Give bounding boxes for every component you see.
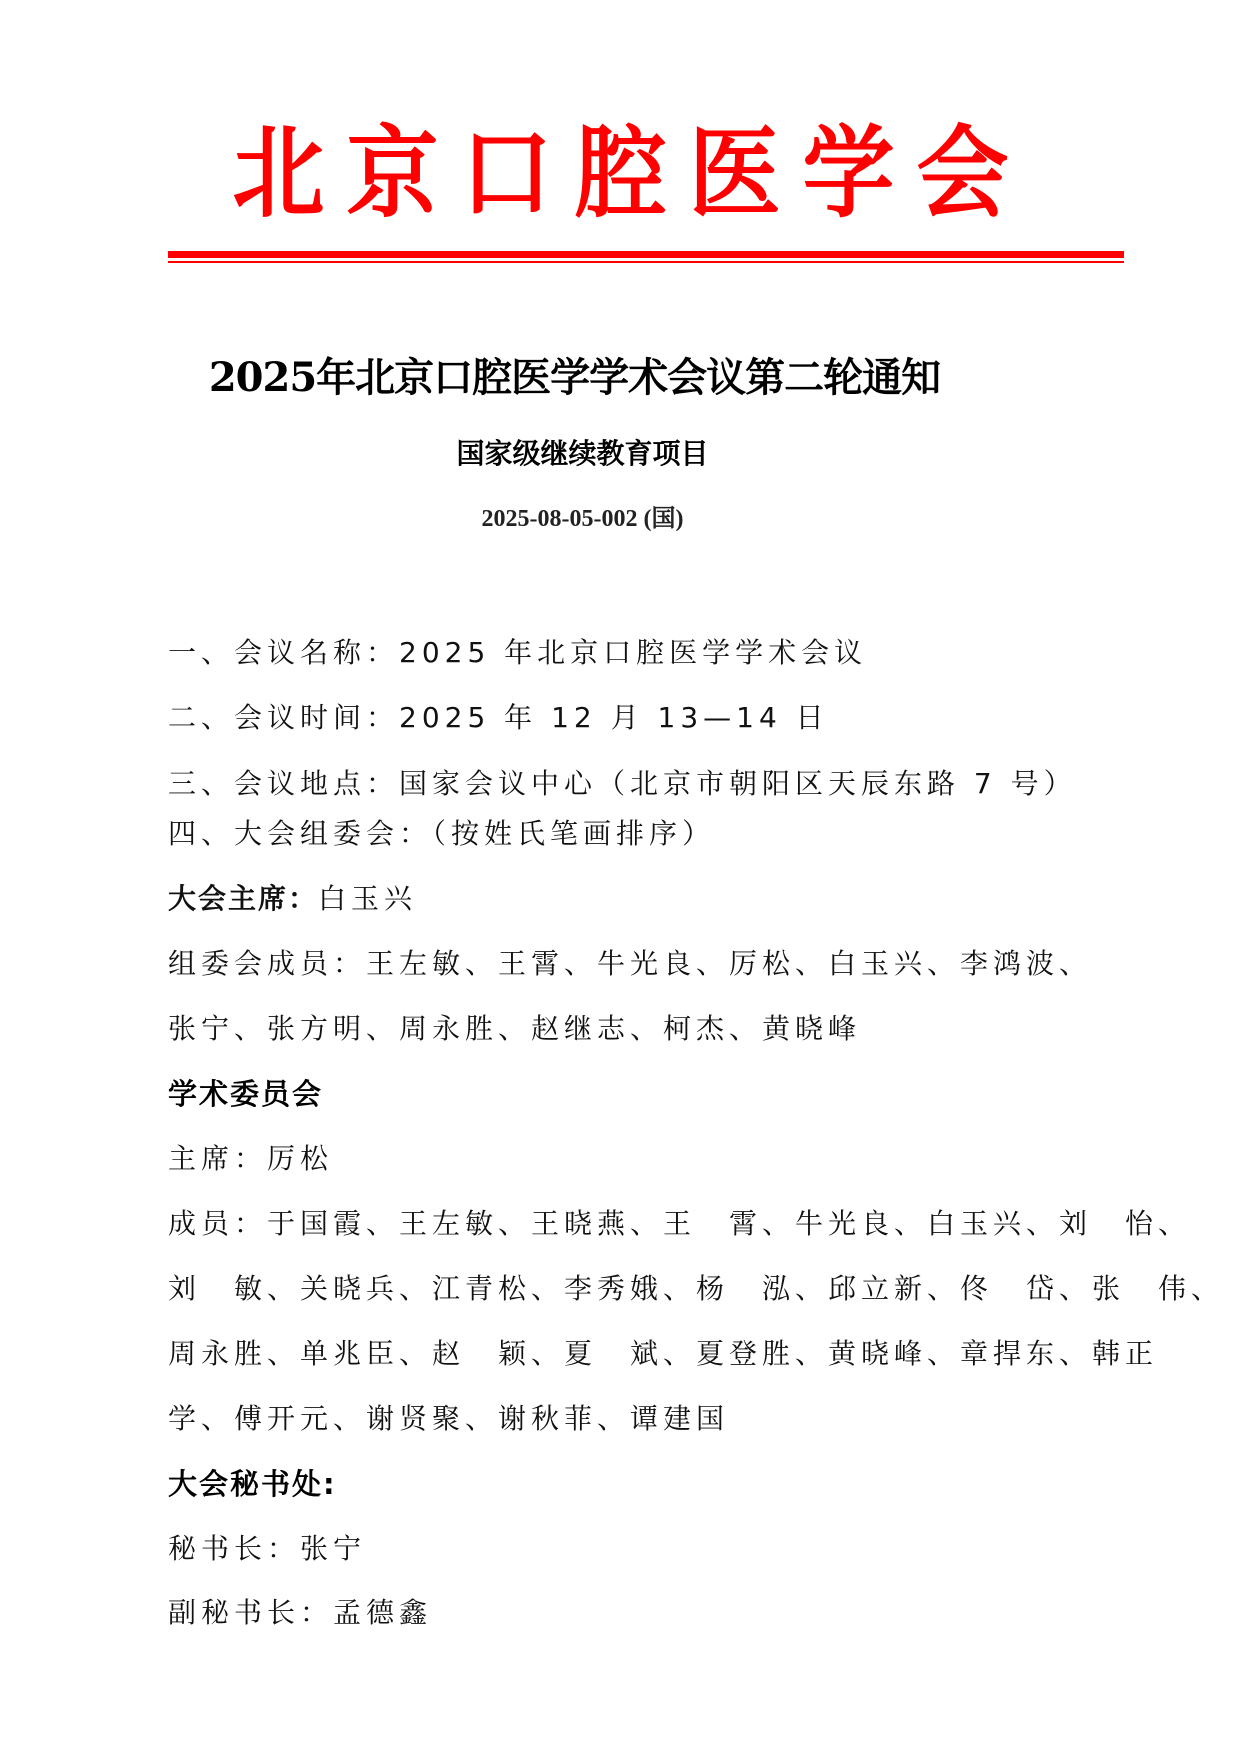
deputy-secretary-general-line: 副秘书长：孟德鑫: [168, 1593, 432, 1633]
congress-chair-value: 白玉兴: [318, 882, 417, 915]
letterhead-rule-thick: [168, 251, 1124, 258]
document-subtitle: 国家级继续教育项目: [0, 434, 1241, 474]
secretary-general-line: 秘书长：张宁: [168, 1529, 366, 1569]
meeting-time-label: 二、会议时间：: [168, 701, 399, 734]
letterhead-rule-thin: [168, 261, 1124, 263]
meeting-name-line: 一、会议名称：2025 年北京口腔医学学术会议: [168, 633, 867, 673]
secretary-general-value: 张宁: [300, 1532, 366, 1565]
organization-name: 北京口腔医学会: [0, 114, 1241, 233]
academic-members-line-1: 成员：于国霞、王左敏、王晓燕、王 霄、牛光良、白玉兴、刘 怡、: [168, 1204, 1191, 1244]
deputy-secretary-general-value: 孟德鑫: [333, 1596, 432, 1629]
organizing-committee-note: （按姓氏笔画排序）: [432, 817, 715, 850]
organizing-members-line-1: 组委会成员：王左敏、王霄、牛光良、厉松、白玉兴、李鸿波、: [168, 944, 1092, 984]
meeting-time-value: 2025 年 12 月 13—14 日: [399, 701, 829, 734]
congress-chair-line: 大会主席：白玉兴: [168, 879, 417, 919]
academic-members-line-2: 刘 敏、关晓兵、江青松、李秀娥、杨 泓、邱立新、佟 岱、张 伟、: [168, 1269, 1224, 1309]
organizing-committee-label: 四、大会组委会：: [168, 817, 432, 850]
project-code: 2025-08-05-002 (国): [0, 502, 1241, 536]
organizing-committee-line: 四、大会组委会：（按姓氏笔画排序）: [168, 814, 715, 854]
organizing-members-label: 组委会成员：: [168, 947, 366, 980]
organizing-members-line-2: 张宁、张方明、周永胜、赵继志、柯杰、黄晓峰: [168, 1009, 861, 1049]
academic-committee-heading: 学术委员会: [168, 1074, 323, 1114]
academic-chair-label: 主席：: [168, 1142, 267, 1175]
academic-members-values-1: 于国霞、王左敏、王晓燕、王 霄、牛光良、白玉兴、刘 怡、: [267, 1207, 1191, 1240]
deputy-secretary-general-label: 副秘书长：: [168, 1596, 333, 1629]
meeting-venue-line: 三、会议地点：国家会议中心（北京市朝阳区天辰东路 7 号）: [168, 764, 1077, 804]
document-title: 2025年北京口腔医学学术会议第二轮通知: [0, 352, 1241, 404]
secretary-general-label: 秘书长：: [168, 1532, 300, 1565]
secretariat-heading: 大会秘书处:: [168, 1464, 337, 1504]
meeting-venue-value: 国家会议中心（北京市朝阳区天辰东路 7 号）: [399, 767, 1077, 800]
meeting-name-label: 一、会议名称：: [168, 636, 399, 669]
congress-chair-label: 大会主席：: [168, 882, 318, 915]
meeting-name-value: 2025 年北京口腔医学学术会议: [399, 636, 867, 669]
academic-members-label: 成员：: [168, 1207, 267, 1240]
meeting-time-line: 二、会议时间：2025 年 12 月 13—14 日: [168, 698, 829, 738]
academic-chair-line: 主席：厉松: [168, 1139, 333, 1179]
organizing-members-values-1: 王左敏、王霄、牛光良、厉松、白玉兴、李鸿波、: [366, 947, 1092, 980]
academic-members-line-4: 学、傅开元、谢贤聚、谢秋菲、谭建国: [168, 1399, 729, 1439]
meeting-venue-label: 三、会议地点：: [168, 767, 399, 800]
academic-members-line-3: 周永胜、单兆臣、赵 颖、夏 斌、夏登胜、黄晓峰、章捍东、韩正: [168, 1334, 1158, 1374]
academic-chair-value: 厉松: [267, 1142, 333, 1175]
